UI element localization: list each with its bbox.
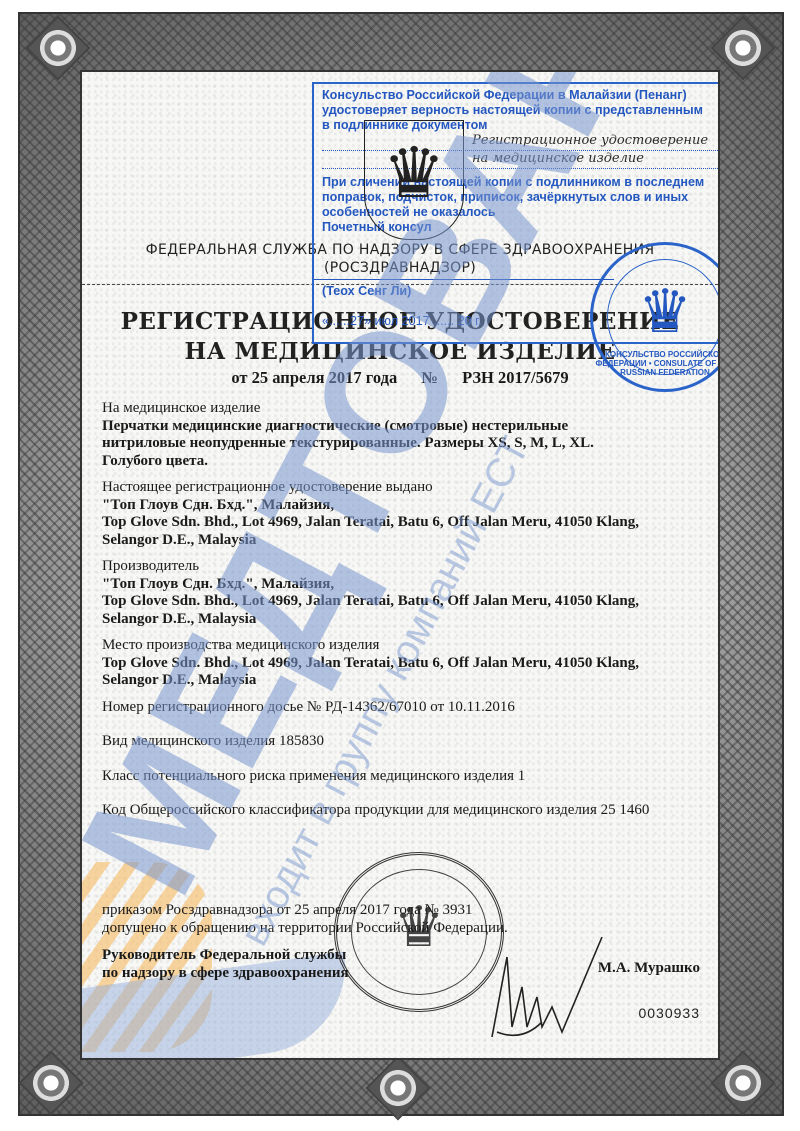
certificate-paper: ФЕДЕРАЛЬНАЯ СЛУЖБА ПО НАДЗОРУ В СФЕРЕ ЗД… bbox=[80, 70, 720, 1060]
serial-number: 0030933 bbox=[638, 1005, 700, 1021]
double-headed-eagle-icon: ♛ bbox=[593, 277, 720, 347]
signature-icon bbox=[482, 927, 622, 1047]
stamp-text: КОНСУЛЬСТВО РОССИЙСКОЙ ФЕДЕРАЦИИ • CONSU… bbox=[593, 350, 720, 377]
signer-name: М.А. Мурашко bbox=[598, 960, 700, 977]
consulate-stamp: ♛ КОНСУЛЬСТВО РОССИЙСКОЙ ФЕДЕРАЦИИ • CON… bbox=[590, 242, 720, 392]
